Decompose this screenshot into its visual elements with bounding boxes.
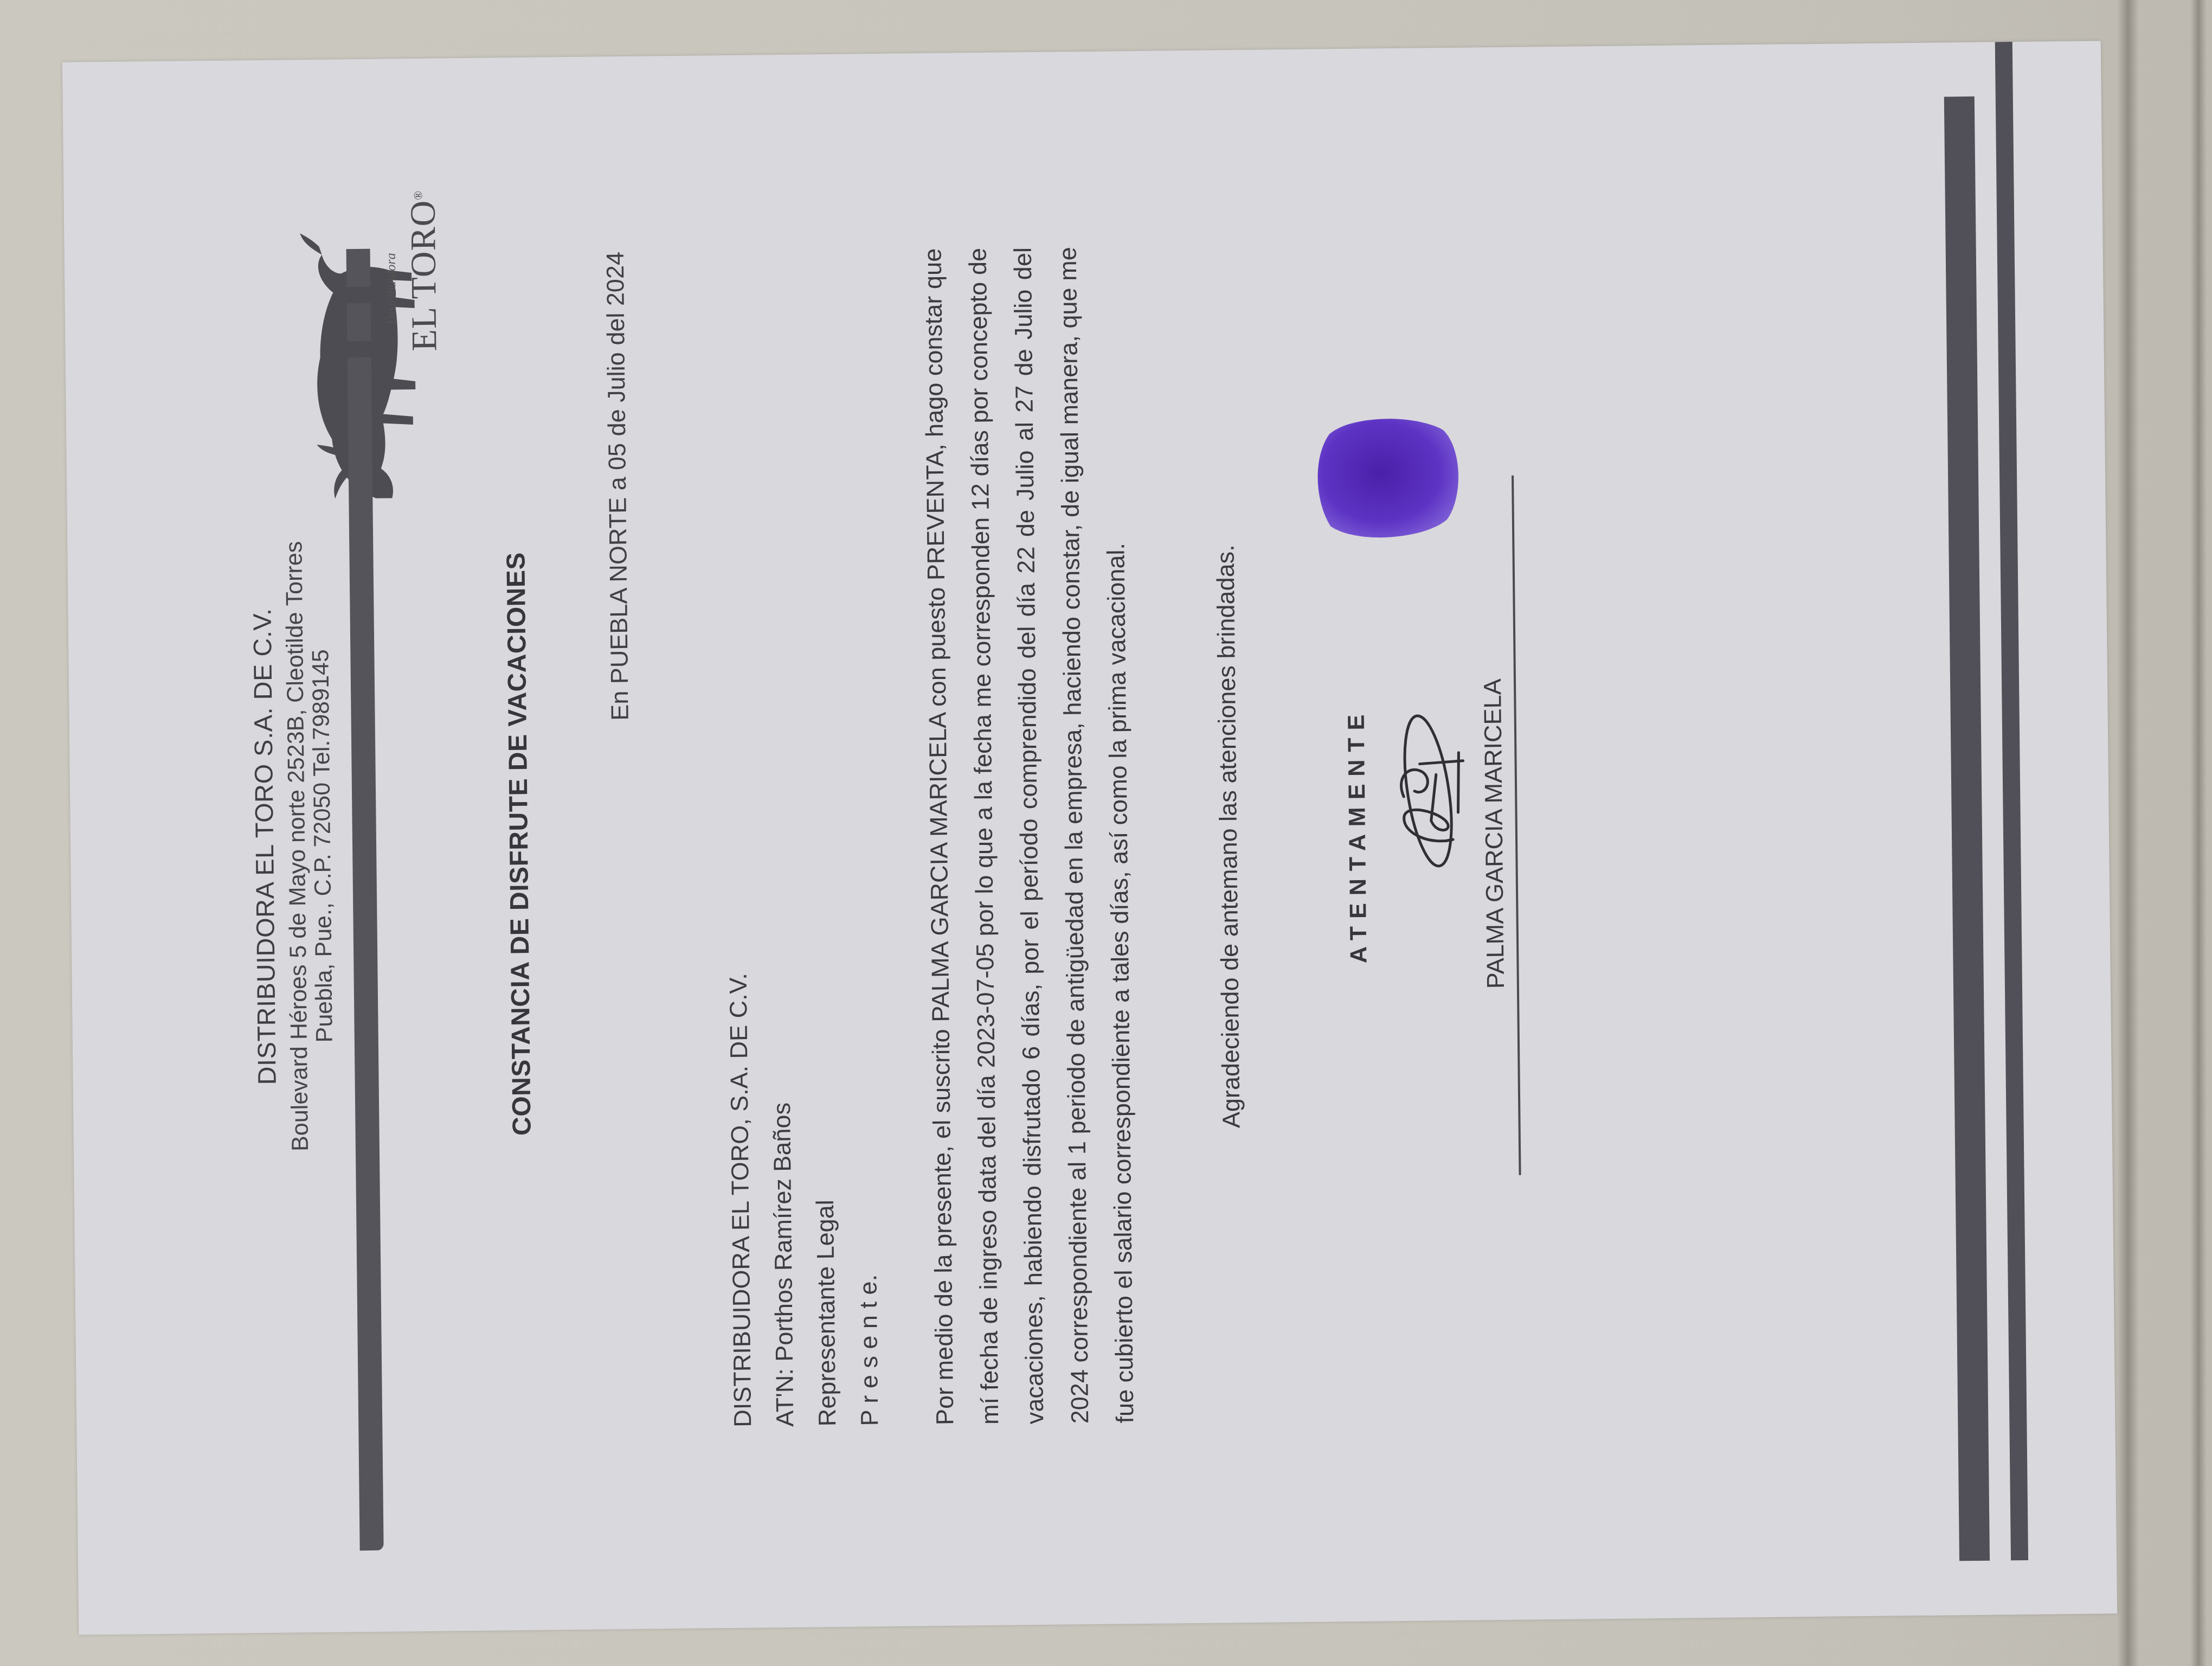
header-decorative-bar xyxy=(348,357,384,1550)
addressee-presente: P r e s e n t e. xyxy=(844,971,891,1426)
header-decorative-dash xyxy=(346,249,371,287)
footer-decorative-bar xyxy=(1944,97,1990,1561)
place-and-date: En PUEBLA NORTE a 05 de Julio del 2024 xyxy=(601,252,634,721)
footer-decorative-bar xyxy=(1995,42,2028,1560)
signature-icon xyxy=(1371,709,1481,873)
wall-edge-line xyxy=(2190,0,2207,1666)
wall-edge-line xyxy=(2117,0,2139,1666)
signature-line xyxy=(1512,476,1521,1175)
document-page: DISTRIBUIDORA EL TORO S.A. DE C.V. Boule… xyxy=(62,41,2117,1635)
addressee-attention: AT'N: Porthos Ramírez Baños xyxy=(760,972,807,1427)
header-decorative-dash xyxy=(347,303,371,341)
photo-background: DISTRIBUIDORA EL TORO S.A. DE C.V. Boule… xyxy=(0,0,2212,1666)
fingerprint-icon xyxy=(1308,411,1467,548)
document-title: CONSTANCIA DE DISFRUTE DE VACACIONES xyxy=(496,57,542,1630)
addressee-block: DISTRIBUIDORA EL TORO, S.A. DE C.V. AT'N… xyxy=(717,971,891,1427)
closing-thanks: Agradeciendo de antemano las atenciones … xyxy=(1206,50,1251,1623)
logo-subtitle: Distribuidora xyxy=(384,253,400,324)
body-paragraph: Por medio de la presente, el suscrito PA… xyxy=(910,246,1148,1425)
addressee-company: DISTRIBUIDORA EL TORO, S.A. DE C.V. xyxy=(717,973,764,1428)
addressee-role: Representante Legal xyxy=(802,972,849,1427)
logo-brand: EL TORO® xyxy=(402,190,445,351)
